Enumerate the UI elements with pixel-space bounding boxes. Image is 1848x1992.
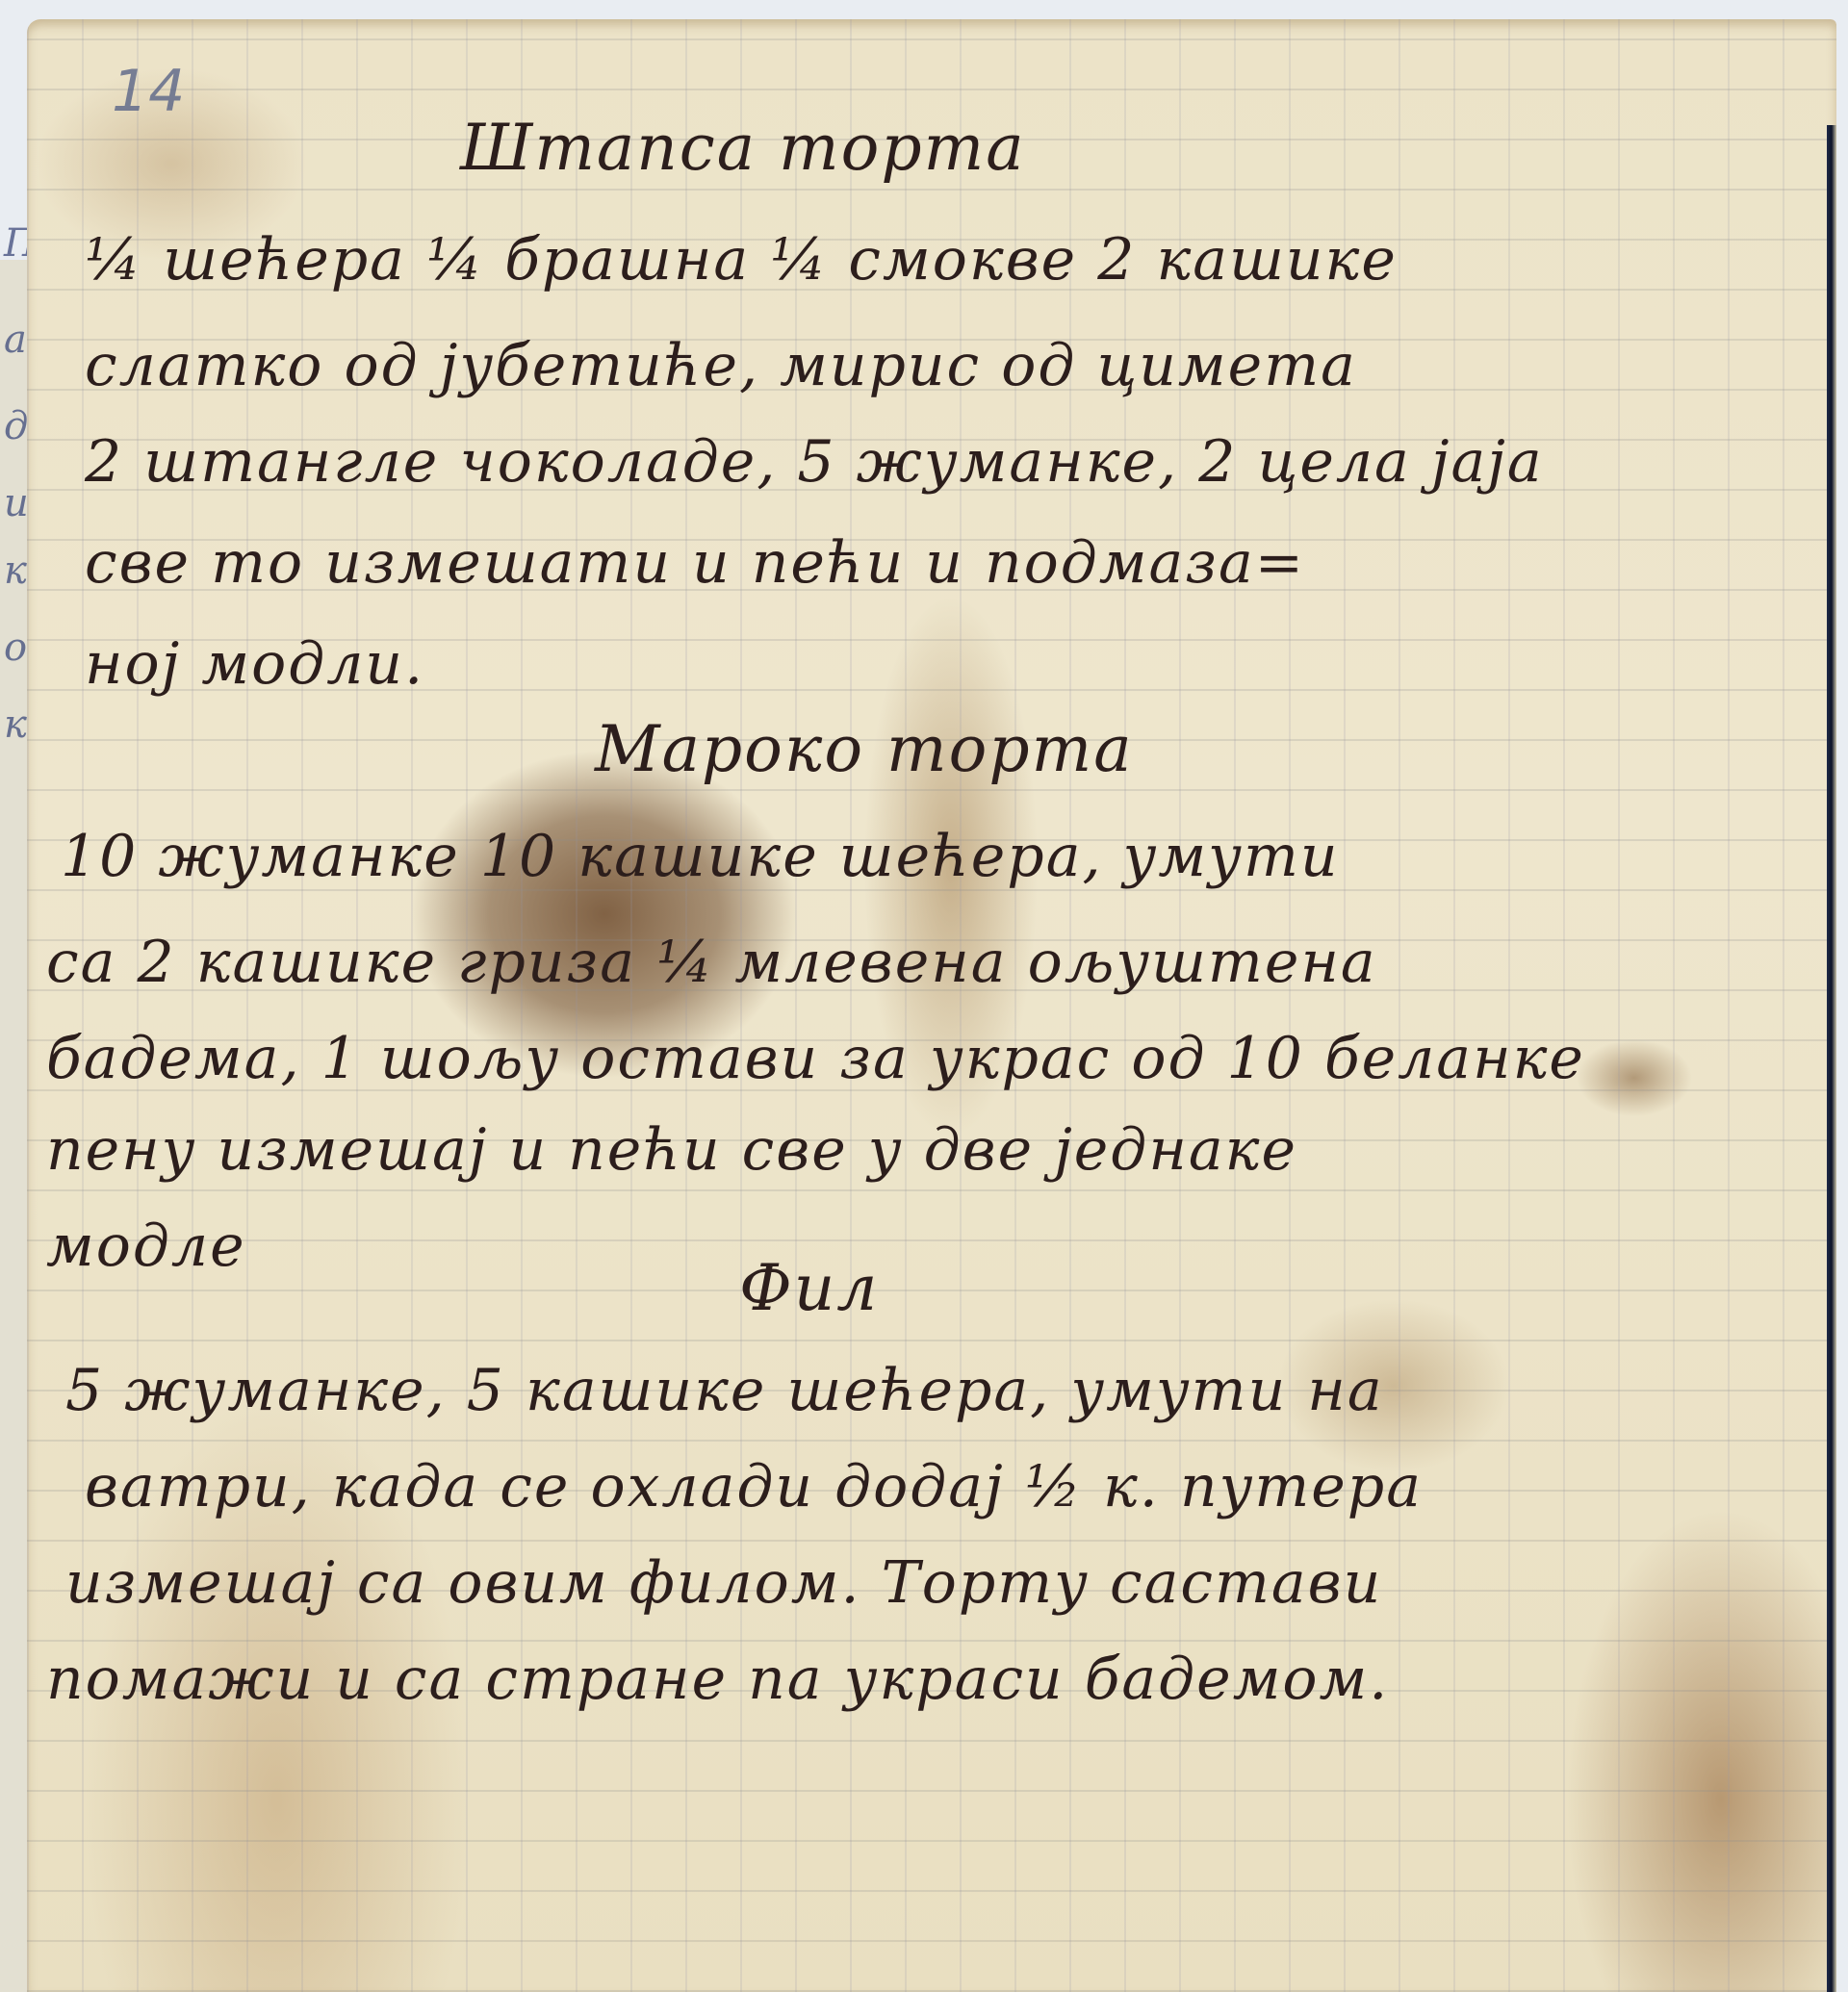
recipe-1-line: ној модли.: [85, 630, 424, 698]
ghost-letter: и: [4, 481, 29, 525]
notebook-page: 14 Штапса торта ¼ шећера ¼ брашна ¼ смок…: [27, 19, 1836, 1992]
recipe-1-line: ¼ шећера ¼ брашна ¼ смокве 2 кашике: [85, 226, 1398, 294]
recipe-title-3: Фил: [739, 1251, 879, 1325]
recipe-3-line: измешај са овим филом. Торту састави: [65, 1549, 1382, 1617]
recipe-2-line: бадема, 1 шољу остави за украс од 10 бел…: [46, 1025, 1585, 1092]
ghost-letter: к: [4, 549, 27, 593]
recipe-3-line: 5 жуманке, 5 кашике шећера, умути на: [65, 1357, 1384, 1424]
recipe-2-line: модле: [46, 1213, 246, 1280]
recipe-2-line: пену измешај и пећи све у две једнаке: [46, 1116, 1297, 1184]
recipe-1-line: слатко од јубетиће, мирис од цимета: [85, 332, 1357, 399]
recipe-3-line: помажи и са стране па украси бадемом.: [46, 1646, 1389, 1713]
recipe-3-line: ватри, када се охлади додај ½ к. путера: [85, 1453, 1423, 1520]
recipe-title-1: Штапса торта: [460, 111, 1026, 185]
recipe-title-2: Мароко торта: [595, 712, 1134, 786]
ghost-letter: д: [4, 404, 28, 448]
ghost-letter: к: [4, 702, 27, 747]
recipe-1-line: 2 штангле чоколаде, 5 жуманке, 2 цела ја…: [85, 428, 1544, 496]
ghost-letter: о: [4, 626, 27, 670]
recipe-2-line: са 2 кашике гриза ¼ млевена ољуштена: [46, 929, 1377, 996]
recipe-1-line: све то измешати и пећи и подмаза=: [85, 529, 1305, 597]
page-number: 14: [112, 58, 185, 125]
notebook-binding-edge: [1827, 125, 1836, 1992]
recipe-2-line: 10 жуманке 10 кашике шећера, умути: [61, 823, 1340, 890]
ghost-letter: а: [4, 318, 27, 362]
